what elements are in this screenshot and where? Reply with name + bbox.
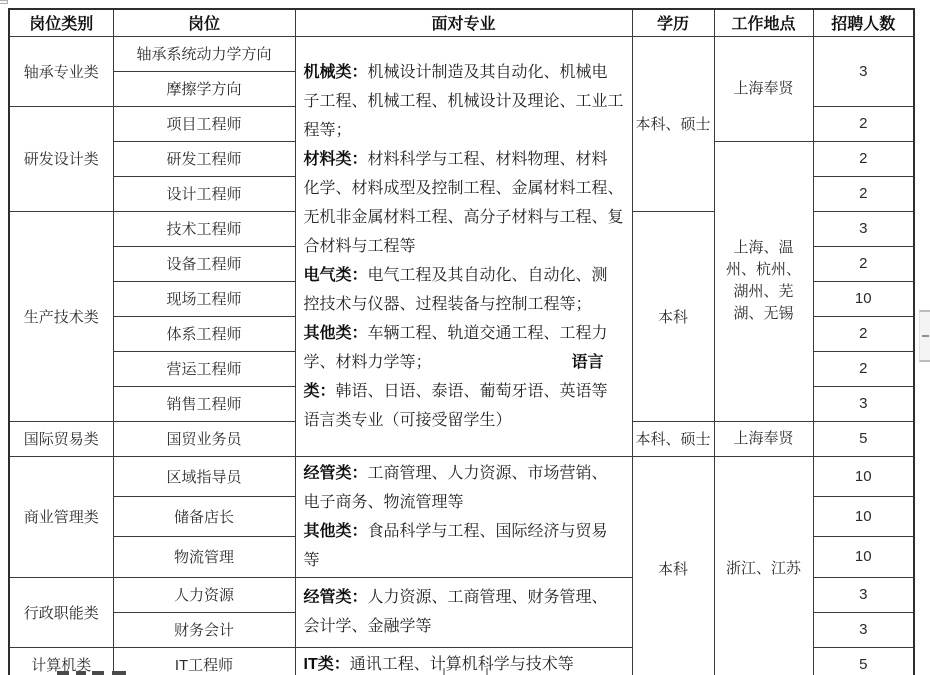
cropped-border-tick	[443, 668, 445, 675]
cell-position: IT工程师	[113, 647, 295, 675]
cell-education: 本科、硕士	[632, 36, 714, 211]
major-group-label: 电气类：	[304, 267, 368, 284]
major-group-label: 经管类：	[304, 589, 368, 606]
cell-count: 10	[813, 537, 914, 577]
cell-position: 设备工程师	[113, 246, 295, 281]
cell-count: 2	[813, 106, 914, 141]
cell-count: 3	[813, 386, 914, 421]
recruitment-table: 岗位类别 岗位 面对专业 学历 工作地点 招聘人数 轴承专业类 轴承系统动力学方…	[8, 8, 915, 675]
cell-count: 3	[813, 36, 914, 106]
cell-count: 10	[813, 281, 914, 316]
cell-location: 上海奉贤	[714, 421, 813, 456]
cell-location: 浙江、江苏	[714, 456, 813, 675]
cell-position: 物流管理	[113, 537, 295, 577]
clipped-text-fragment	[92, 671, 104, 675]
cropped-border-tick	[486, 668, 488, 675]
vertical-scrollbar-fragment[interactable]	[919, 310, 930, 362]
cropped-ui-fragment	[0, 0, 8, 4]
cell-count: 3	[813, 612, 914, 647]
cell-majors-it: IT类：通讯工程、计算机科学与技术等	[295, 647, 632, 675]
cell-count: 2	[813, 246, 914, 281]
cell-position: 销售工程师	[113, 386, 295, 421]
cell-count: 10	[813, 496, 914, 536]
header-cell-headcount: 招聘人数	[813, 9, 914, 36]
cell-position: 轴承系统动力学方向	[113, 36, 295, 71]
cell-position: 技术工程师	[113, 211, 295, 246]
header-cell-education: 学历	[632, 9, 714, 36]
cell-position: 财务会计	[113, 612, 295, 647]
cell-category: 轴承专业类	[9, 36, 113, 106]
major-group-text: 韩语、日语、泰语、葡萄牙语、英语等语言类专业（可接受留学生）	[304, 383, 608, 429]
inline-spacer	[432, 366, 572, 367]
cell-position: 国贸业务员	[113, 421, 295, 456]
cell-position: 设计工程师	[113, 176, 295, 211]
major-group-label: IT类：	[304, 656, 350, 673]
major-group-label: 其他类：	[304, 325, 368, 342]
major-group-label: 其他类：	[304, 523, 368, 540]
cell-position: 摩擦学方向	[113, 71, 295, 106]
cell-position: 储备店长	[113, 496, 295, 536]
cell-majors-admin: 经管类：人力资源、工商管理、财务管理、会计学、金融学等	[295, 577, 632, 647]
cell-count: 3	[813, 577, 914, 612]
cell-count: 2	[813, 176, 914, 211]
cell-count: 2	[813, 316, 914, 351]
cell-category: 行政职能类	[9, 577, 113, 647]
cell-position: 区域指导员	[113, 456, 295, 496]
clipped-text-fragment	[76, 671, 86, 675]
major-group-label: 机械类：	[304, 64, 368, 81]
scrollbar-grip-icon	[922, 335, 929, 337]
cell-location: 上海奉贤	[714, 36, 813, 141]
cell-position: 营运工程师	[113, 351, 295, 386]
cell-count: 3	[813, 211, 914, 246]
header-cell-majors: 面对专业	[295, 9, 632, 36]
cell-count: 2	[813, 351, 914, 386]
header-cell-category: 岗位类别	[9, 9, 113, 36]
cell-count: 5	[813, 421, 914, 456]
cell-position: 研发工程师	[113, 141, 295, 176]
cell-category: 商业管理类	[9, 456, 113, 577]
major-group-label: 经管类：	[304, 465, 368, 482]
clipped-text-fragment	[112, 671, 126, 675]
cell-category: 生产技术类	[9, 211, 113, 421]
cell-location: 上海、温州、杭州、湖州、芜湖、无锡	[714, 141, 813, 421]
cell-category: 研发设计类	[9, 106, 113, 211]
clipped-text-fragment	[57, 671, 69, 675]
cell-majors-engineering: 机械类：机械设计制造及其自动化、机械电子工程、机械工程、机械设计及理论、工业工程…	[295, 36, 632, 456]
cell-position: 人力资源	[113, 577, 295, 612]
cell-education: 本科	[632, 456, 714, 675]
header-cell-position: 岗位	[113, 9, 295, 36]
cell-count: 5	[813, 647, 914, 675]
major-group-label: 材料类：	[304, 151, 368, 168]
cell-education: 本科	[632, 211, 714, 421]
cell-education: 本科、硕士	[632, 421, 714, 456]
cell-position: 体系工程师	[113, 316, 295, 351]
header-cell-location: 工作地点	[714, 9, 813, 36]
cell-count: 2	[813, 141, 914, 176]
cell-position: 现场工程师	[113, 281, 295, 316]
cell-category: 国际贸易类	[9, 421, 113, 456]
cell-count: 10	[813, 456, 914, 496]
major-group-text: 通讯工程、计算机科学与技术等	[350, 656, 574, 673]
cell-position: 项目工程师	[113, 106, 295, 141]
cell-majors-management: 经管类：工商管理、人力资源、市场营销、电子商务、物流管理等 其他类：食品科学与工…	[295, 456, 632, 577]
table-row: 商业管理类 区域指导员 经管类：工商管理、人力资源、市场营销、电子商务、物流管理…	[9, 456, 914, 496]
table-row: 轴承专业类 轴承系统动力学方向 机械类：机械设计制造及其自动化、机械电子工程、机…	[9, 36, 914, 71]
table-header-row: 岗位类别 岗位 面对专业 学历 工作地点 招聘人数	[9, 9, 914, 36]
